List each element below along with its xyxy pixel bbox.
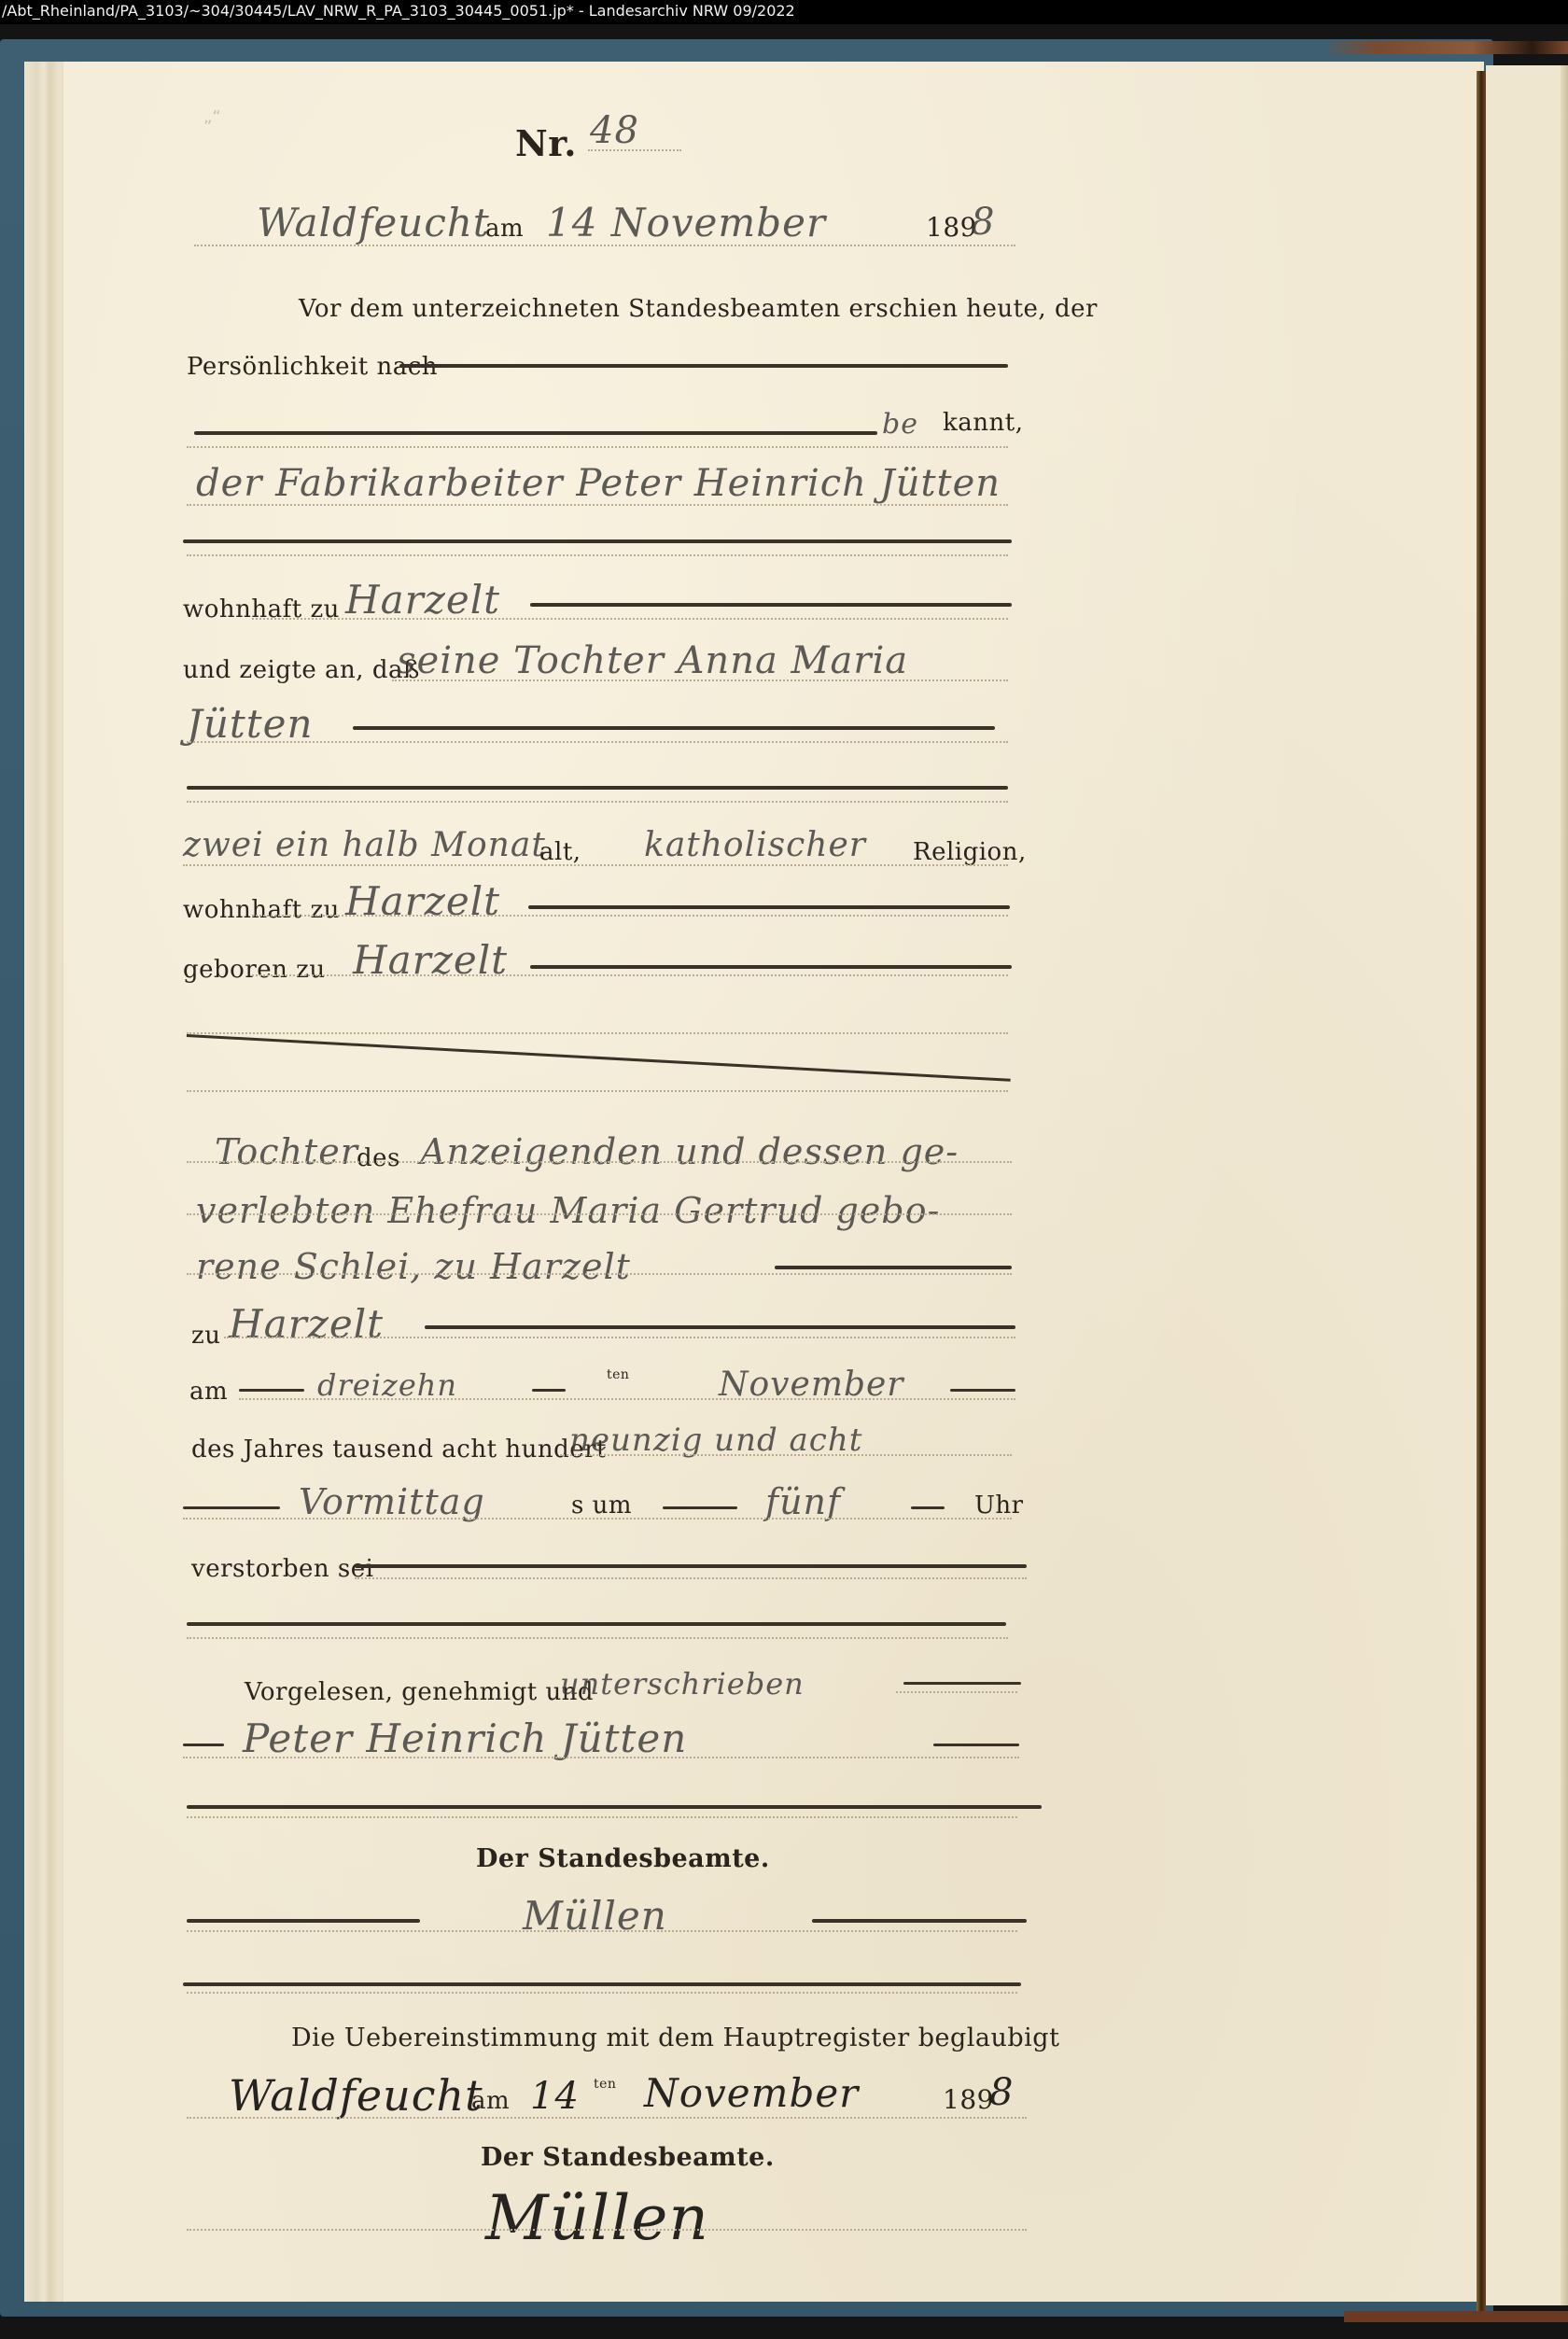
header-place: Waldfeucht [257,203,490,243]
dotted-line [187,2117,1027,2119]
dotted-line [187,1090,1008,1092]
dotted-line [183,1757,1019,1758]
header-date: 14 November [546,203,826,243]
header-am: am [485,217,524,241]
signing-label: Vorgelesen, genehmigt und [245,1680,594,1704]
number-label: Nr. [515,126,577,161]
dotted-line [187,1930,1017,1932]
deceased-residence-label: wohnhaft zu [183,898,340,922]
death-register-form: „“ Nr. 48 Waldfeucht am 14 November 189 … [0,0,1568,2339]
dotted-line [183,864,1008,866]
dotted-line [896,1691,1017,1693]
certification-day: 14 [530,2078,580,2115]
blank-rule [187,1919,420,1923]
dotted-line [187,1032,1008,1034]
death-place-label: zu [191,1324,220,1348]
death-am-label: am [189,1380,228,1404]
intro-kannt: kannt, [943,411,1023,435]
certification-month: November [644,2074,859,2113]
certification-place: Waldfeucht [229,2074,483,2117]
dotted-line [187,2229,1027,2231]
intro-be-handwritten: be [882,411,918,439]
death-s-um-label: s um [571,1493,632,1518]
dotted-line [224,1337,1015,1338]
blank-rule [399,364,1008,368]
declarant-signature: Peter Heinrich Jütten [243,1719,687,1758]
dotted-line [252,915,1008,917]
blank-rule [187,1805,1042,1809]
death-ten-label: ten [607,1368,629,1381]
deceased-birthplace-label: geboren zu [183,958,326,982]
blank-rule [194,431,877,435]
strike-through-line [187,1034,1011,1082]
blank-rule [187,786,1008,790]
blank-rule [903,1682,1021,1685]
certification-am: am [471,2089,510,2113]
blank-rule [775,1266,1012,1269]
dotted-line [187,554,1008,556]
blank-rule [353,726,995,730]
death-hour: fünf [765,1484,841,1520]
dotted-line [187,1816,1017,1818]
blank-rule [530,965,1012,969]
number-dotted-line [588,149,681,151]
report-value-line2: Jütten [187,705,314,744]
death-month: November [719,1368,904,1402]
deceased-religion: katholischer [644,829,866,862]
certification-official-title: Der Standesbeamte. [481,2145,775,2170]
death-time-of-day: Vormittag [299,1484,485,1520]
blank-rule [950,1389,1015,1392]
official-title: Der Standesbeamte. [476,1846,770,1871]
report-label: und zeigte an, daß [183,658,420,682]
parents-line3: rene Schlei, zu Harzelt [196,1249,631,1284]
blank-rule [183,1744,224,1746]
blank-rule [812,1919,1027,1923]
blank-rule [528,905,1010,909]
header-dotted-line [194,245,1015,246]
blank-rule [663,1506,737,1509]
death-year-label: des Jahres tausend acht hundert [191,1437,607,1462]
parents-des: des [357,1146,400,1170]
blank-rule [187,1622,1006,1626]
deceased-religion-label: Religion, [913,840,1027,864]
blank-rule [911,1506,945,1509]
dotted-line [187,446,1008,448]
certification-year-printed: 189 [943,2087,994,2113]
certification-official-signature: Müllen [485,2188,709,2249]
report-value-line1: seine Tochter Anna Maria [397,642,908,679]
dotted-line [187,1992,1017,1994]
dotted-line [187,1213,1012,1215]
dotted-line [187,741,1008,743]
blank-rule [183,1506,280,1509]
dotted-line [187,504,1008,506]
certification-text: Die Uebereinstimmung mit dem Hauptregist… [291,2025,1059,2051]
faint-bleed-through-mark: „“ [203,107,221,127]
dotted-line [187,1273,1012,1275]
blank-rule [183,539,1012,543]
dotted-line [187,1637,1008,1639]
blank-rule [183,1982,1021,1986]
parents-line1-b: Anzeigenden und dessen ge- [420,1134,959,1169]
header-year-printed: 189 [926,215,977,241]
declarant-residence: Harzelt [345,581,500,620]
dotted-line [239,1398,1015,1400]
dotted-line [252,974,1008,976]
parents-line1-a: Tochter [215,1134,358,1169]
death-year: neunzig und acht [569,1424,862,1456]
entry-number: 48 [590,112,639,149]
declarant-text: der Fabrikarbeiter Peter Heinrich Jütten [196,465,1001,502]
certification-ten-label: ten [594,2078,616,2091]
verstorben-label: verstorben sei [191,1557,373,1581]
dotted-line [355,1577,1027,1579]
intro-line-1: Vor dem unterzeichneten Standesbeamten e… [299,297,1098,321]
blank-rule [532,1389,566,1392]
blank-rule [933,1744,1019,1746]
dotted-line [183,1518,1012,1520]
blank-rule [355,1564,1027,1568]
blank-rule [425,1325,1015,1329]
death-day: dreizehn [317,1370,457,1400]
header-year-digit: 8 [971,203,995,241]
blank-rule [239,1389,304,1392]
deceased-age-alt: alt, [539,840,581,864]
signing-unterschrieben: unterschrieben [560,1669,805,1699]
deceased-age: zwei ein halb Monat [183,829,546,862]
death-uhr-label: Uhr [974,1493,1024,1518]
dotted-line [187,801,1008,803]
dotted-line [392,679,1008,681]
blank-rule [530,603,1012,607]
dotted-line [187,1161,1012,1163]
dotted-line [560,1454,1012,1456]
dotted-line [252,618,1008,620]
parents-line2: verlebten Ehefrau Maria Gertrud gebo- [196,1193,940,1228]
certification-year-digit: 8 [989,2074,1014,2111]
